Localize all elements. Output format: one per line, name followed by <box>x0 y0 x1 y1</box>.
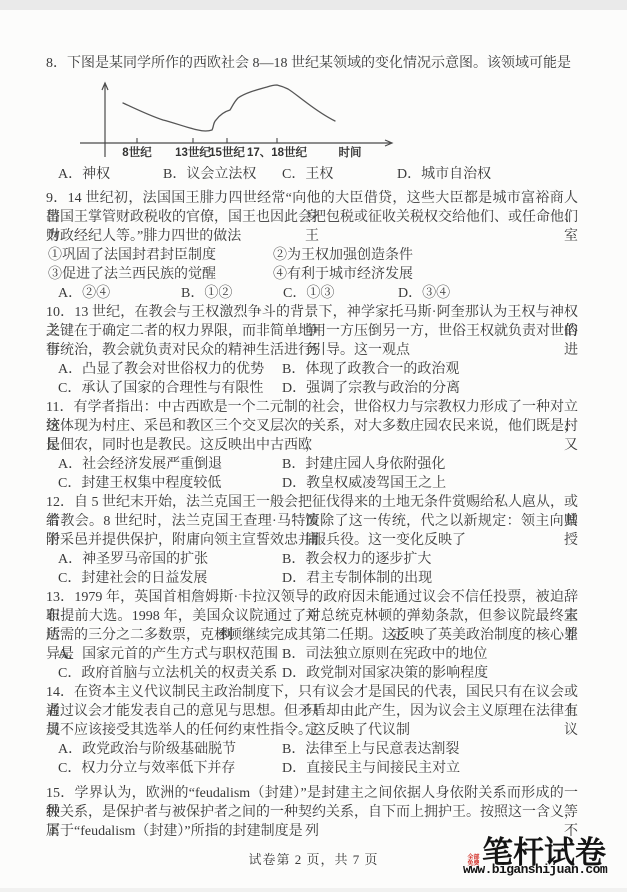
question-13-option-d: D．政党制对国家决策的影响程度 <box>282 664 488 683</box>
question-9-option-d: D．③④ <box>398 284 450 303</box>
schematic-curve-chart: 8世纪 13世纪 15世纪 17、18世纪 时间 <box>60 76 400 160</box>
question-11-options-cd: C．封建王权集中程度较低 D．教皇权威凌驾国王之上 <box>0 474 627 493</box>
question-9-items-row-2: ③促进了法兰西民族的觉醒 ④有利于城市经济发展 <box>0 265 627 284</box>
numbered-item-3: ③促进了法兰西民族的觉醒 <box>48 265 216 284</box>
question-9-option-c: C．①③ <box>283 284 334 303</box>
question-11-option-a: A．社会经济发展严重倒退 <box>58 455 222 474</box>
tick-label-8th-century: 8世纪 <box>122 145 152 159</box>
curve-line <box>123 85 335 131</box>
question-8-option-a: A．神权 <box>58 165 110 184</box>
question-11-line-3: 是佃农，同时也是教民。这反映出中古西欧 <box>46 436 578 455</box>
question-8-option-b: B．议会立法权 <box>163 165 256 184</box>
question-10-option-a: A．凸显了教会对世俗权力的优势 <box>58 360 264 379</box>
question-12-option-c: C．封建社会的日益发展 <box>58 569 207 588</box>
question-12-option-d: D．君主专制体制的出现 <box>282 569 432 588</box>
numbered-item-4: ④有利于城市经济发展 <box>273 265 413 284</box>
tick-label-15th-century: 15世纪 <box>209 145 245 159</box>
question-8-stem: 8．下图是某同学所作的西欧社会 8—18 世纪某领域的变化情况示意图。该领域可能… <box>46 54 578 73</box>
question-14-option-c: C．权力分立与效率低下并存 <box>58 759 235 778</box>
question-14-option-b: B．法律至上与民意表达割裂 <box>282 740 459 759</box>
question-12-option-b: B．教会权力的逐步扩大 <box>282 550 431 569</box>
question-10-options-ab: A．凸显了教会对世俗权力的优势 B．体现了政教合一的政治观 <box>0 360 627 379</box>
tick-label-13th-century: 13世纪 <box>175 145 211 159</box>
question-11-option-b: B．封建庄园人身依附强化 <box>282 455 445 474</box>
question-11-options-ab: A．社会经济发展严重倒退 B．封建庄园人身依附强化 <box>0 455 627 474</box>
question-9-option-b: B．①② <box>181 284 232 303</box>
question-10-line-3: 行统治，教会就负责对民众的精神生活进行引导。这一观点 <box>46 341 578 360</box>
watermark-url: www.biganshijuan.com <box>463 862 607 877</box>
question-9-options: A．②④ B．①② C．①③ D．③④ <box>0 284 627 303</box>
question-12-option-a: A．神圣罗马帝国的扩张 <box>58 550 208 569</box>
question-8-chart: 8世纪 13世纪 15世纪 17、18世纪 时间 <box>60 76 400 160</box>
scan-edge-bottom <box>0 888 627 892</box>
question-10-options-cd: C．承认了国家的合理性与有限性 D．强调了宗教与政治的分离 <box>0 379 627 398</box>
question-9-option-a: A．②④ <box>58 284 110 303</box>
x-axis-time-label: 时间 <box>339 145 362 159</box>
numbered-item-2: ②为王权加强创造条件 <box>273 246 413 265</box>
question-8-option-c: C．王权 <box>282 165 333 184</box>
question-12-line-3: 予采邑并提供保护，附庸向领主宣誓效忠并服兵役。这一变化反映了 <box>46 531 578 550</box>
question-10-option-b: B．体现了政教合一的政治观 <box>282 360 459 379</box>
question-14-option-d: D．直接民主与间接民主对立 <box>282 759 460 778</box>
question-13-options-ab: A．国家元首的产生方式与职权范围 B．司法独立原则在宪政中的地位 <box>0 645 627 664</box>
question-14-options-cd: C．权力分立与效率低下并存 D．直接民主与间接民主对立 <box>0 759 627 778</box>
question-11-option-c: C．封建王权集中程度较低 <box>58 474 221 493</box>
x-axis-ticks <box>137 138 277 143</box>
exam-paper-page: 8．下图是某同学所作的西欧社会 8—18 世纪某领域的变化情况示意图。该领域可能… <box>0 0 627 892</box>
question-13-options-cd: C．政府首脑与立法机关的权责关系 D．政党制对国家决策的影响程度 <box>0 664 627 683</box>
question-14-option-a: A．政党政治与阶级基础脱节 <box>58 740 236 759</box>
question-11-option-d: D．教皇权威凌驾国王之上 <box>282 474 446 493</box>
question-12-options-ab: A．神圣罗马帝国的扩张 B．教会权力的逐步扩大 <box>0 550 627 569</box>
question-13-option-a: A．国家元首的产生方式与职权范围 <box>58 645 278 664</box>
question-9-items-row-1: ①巩固了法国封君封臣制度 ②为王权加强创造条件 <box>0 246 627 265</box>
question-12-options-cd: C．封建社会的日益发展 D．君主专制体制的出现 <box>0 569 627 588</box>
question-8-options: A．神权 B．议会立法权 C．王权 D．城市自治权 <box>0 165 627 184</box>
tick-label-17-18th-century: 17、18世纪 <box>247 145 308 159</box>
scan-edge-top <box>0 0 627 10</box>
question-10-option-d: D．强调了宗教与政治的分离 <box>282 379 460 398</box>
y-axis <box>102 83 108 157</box>
question-9-line-3: 财政经纪人等。”腓力四世的做法 <box>46 227 578 246</box>
question-10-option-c: C．承认了国家的合理性与有限性 <box>58 379 263 398</box>
question-14-line-3: 员不应该接受其选举人的任何约束性指令。这反映了代议制 <box>46 721 578 740</box>
question-13-option-b: B．司法独立原则在宪政中的地位 <box>282 645 487 664</box>
question-8-option-d: D．城市自治权 <box>397 165 491 184</box>
x-axis <box>80 140 392 146</box>
question-13-option-c: C．政府首脑与立法机关的权责关系 <box>58 664 277 683</box>
numbered-item-1: ①巩固了法国封君封臣制度 <box>48 246 216 265</box>
question-14-options-ab: A．政党政治与阶级基础脱节 B．法律至上与民意表达割裂 <box>0 740 627 759</box>
